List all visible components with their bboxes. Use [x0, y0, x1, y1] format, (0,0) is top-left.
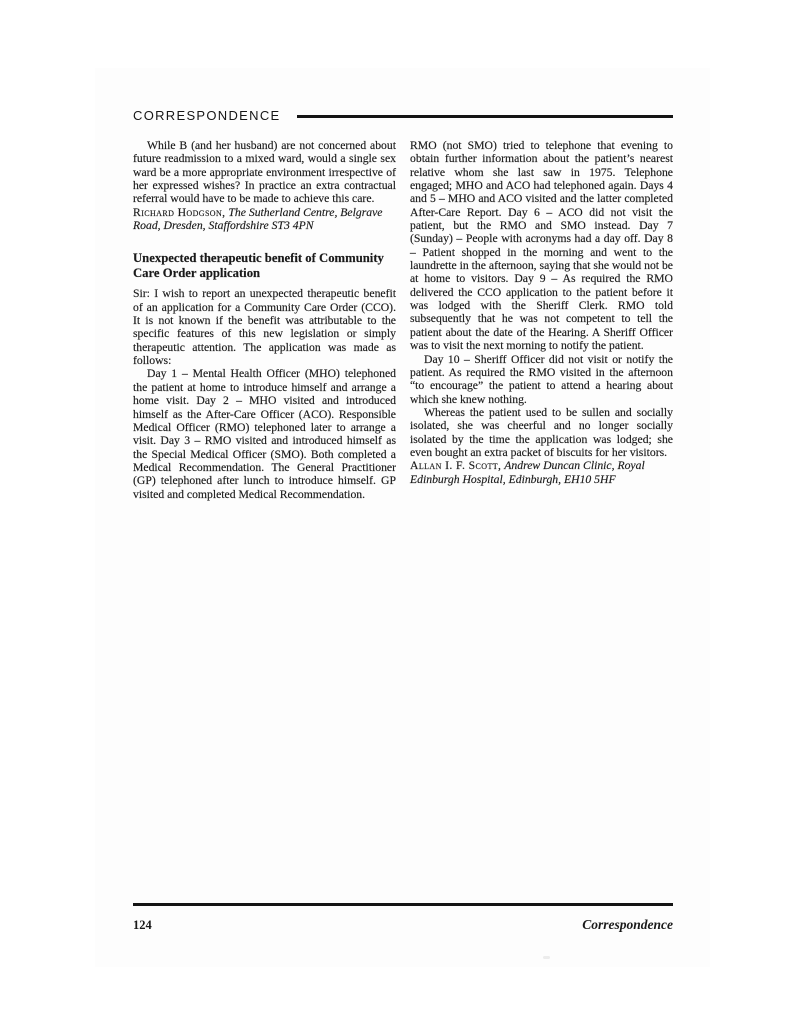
scan-artifact-speck	[543, 956, 550, 959]
two-column-text: While B (and her husband) are not concer…	[133, 139, 673, 501]
running-head: CORRESPONDENCE	[133, 108, 673, 123]
page-number: 124	[133, 918, 152, 933]
signature-block-hodgson: Richard Hodgson, The Sutherland Centre, …	[133, 206, 396, 233]
day-10-paragraph: Day 10 – Sheriff Officer did not visit o…	[410, 353, 673, 406]
author-name: Richard Hodgson,	[133, 206, 225, 219]
left-column: While B (and her husband) are not concer…	[133, 139, 396, 501]
right-column: RMO (not SMO) tried to telephone that ev…	[410, 139, 673, 501]
letter-title: Unexpected therapeutic benefit of Commun…	[133, 251, 396, 281]
signature-block-scott: Allan I. F. Scott, Andrew Duncan Clinic,…	[410, 459, 673, 486]
author-name: Allan I. F. Scott,	[410, 459, 501, 472]
days-1-3-paragraph: Day 1 – Mental Health Officer (MHO) tele…	[133, 367, 396, 500]
salutation-paragraph: Sir: I wish to report an unexpected ther…	[133, 287, 396, 367]
running-footer-title: Correspondence	[582, 917, 673, 933]
header-rule	[297, 115, 674, 118]
whereas-paragraph: Whereas the patient used to be sullen an…	[410, 406, 673, 459]
section-title: CORRESPONDENCE	[133, 108, 281, 123]
page-content: CORRESPONDENCE While B (and her husband)…	[133, 108, 673, 501]
journal-page: CORRESPONDENCE While B (and her husband)…	[0, 0, 800, 1036]
footer-row: 124 Correspondence	[133, 917, 673, 933]
letter-reply-paragraph: While B (and her husband) are not concer…	[133, 139, 396, 206]
days-4-9-paragraph: RMO (not SMO) tried to telephone that ev…	[410, 139, 673, 353]
footer-rule	[133, 903, 673, 906]
page-footer: 124 Correspondence	[133, 903, 673, 933]
